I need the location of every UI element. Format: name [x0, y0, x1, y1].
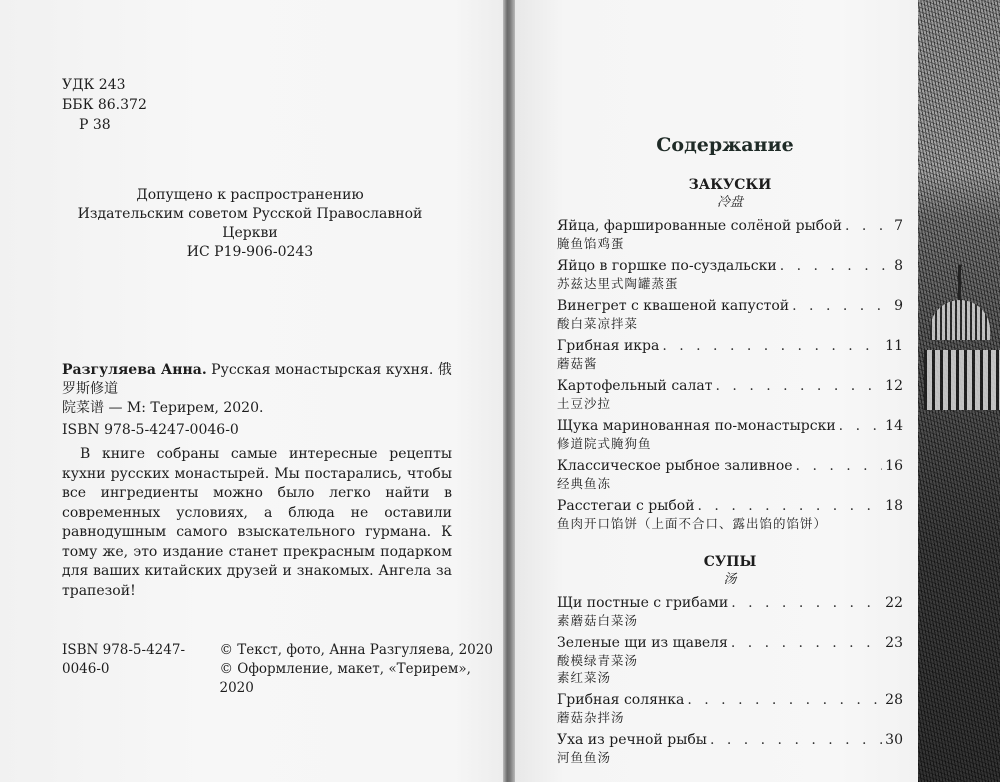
catalog-codes: УДК 243 ББК 86.372 Р 38	[62, 75, 147, 135]
copyright-text: © Текст, фото, Анна Разгуляева, 2020	[219, 641, 505, 660]
book-title-continued: 院菜谱 — М: Терирем, 2020.	[62, 399, 452, 418]
columns-shape	[924, 350, 1000, 410]
section-name-ru: ЗАКУСКИ	[557, 177, 903, 194]
toc-entry[interactable]: Щи постные с грибами22素蘑菇白菜汤	[557, 594, 903, 629]
toc-entry[interactable]: Грибная икра11蘑菇酱	[557, 337, 903, 372]
left-page: УДК 243 ББК 86.372 Р 38 Допущено к распр…	[0, 0, 505, 782]
recipe-title: Расстегаи с рыбой	[557, 497, 695, 515]
imprint-isbn: ISBN 978-5-4247-0046-0	[62, 641, 219, 698]
toc-section-heading: ЗАКУСКИ冷盘	[557, 177, 903, 211]
recipe-title-zh: 苏兹达里式陶罐蒸蛋	[557, 275, 903, 292]
table-of-contents: ЗАКУСКИ冷盘Яйца, фаршированные солёной рыб…	[557, 177, 903, 771]
recipe-title: Яйцо в горшке по-суздальски	[557, 257, 777, 275]
recipe-title: Щи постные с грибами	[557, 594, 728, 612]
page-number: 28	[885, 691, 903, 709]
page-number: 8	[894, 257, 903, 275]
dot-leader	[662, 337, 882, 355]
book-gutter	[503, 0, 515, 782]
toc-entry[interactable]: Яйцо в горшке по-суздальски8苏兹达里式陶罐蒸蛋	[557, 257, 903, 292]
recipe-title: Классическое рыбное заливное	[557, 457, 793, 475]
page-number: 9	[894, 297, 903, 315]
recipe-title-zh: 鱼肉开口馅饼（上面不合口、露出馅的馅饼）	[557, 515, 903, 532]
toc-entry[interactable]: Яйца, фаршированные солёной рыбой7腌鱼馅鸡蛋	[557, 217, 903, 252]
publication-permission: Допущено к распространению Издательским …	[60, 186, 440, 262]
toc-entry[interactable]: Грибная солянка28蘑菇杂拌汤	[557, 691, 903, 726]
recipe-title: Грибная солянка	[557, 691, 684, 709]
section-name-zh: 冷盘	[557, 194, 903, 211]
toc-entry[interactable]: Уха из речной рыбы30河鱼鱼汤	[557, 731, 903, 766]
recipe-title: Уха из речной рыбы	[557, 731, 707, 749]
recipe-title-zh: 素红菜汤	[557, 669, 903, 686]
toc-entry[interactable]: Классическое рыбное заливное16经典鱼冻	[557, 457, 903, 492]
page-number: 11	[885, 337, 903, 355]
section-gap	[557, 537, 903, 554]
recipe-title: Яйца, фаршированные солёной рыбой	[557, 217, 842, 235]
dot-leader	[780, 257, 891, 275]
recipe-title: Картофельный салат	[557, 377, 713, 395]
author-name: Разгуляева Анна.	[62, 362, 207, 378]
annotation: В книге собраны самые интересные рецепты…	[62, 445, 452, 601]
recipe-title-zh: 酸白菜凉拌菜	[557, 315, 903, 332]
imprint: ISBN 978-5-4247-0046-0 © Текст, фото, Ан…	[62, 641, 505, 698]
recipe-title: Зеленые щи из щавеля	[557, 634, 728, 652]
permission-line: Допущено к распространению	[60, 186, 440, 205]
toc-entry[interactable]: Картофельный салат12土豆沙拉	[557, 377, 903, 412]
toc-section-heading: СУПЫ汤	[557, 554, 903, 588]
recipe-title: Грибная икра	[557, 337, 659, 355]
dot-leader	[796, 457, 883, 475]
toc-entry[interactable]: Зеленые щи из щавеля23酸模绿青菜汤素红菜汤	[557, 634, 903, 686]
udk-code: УДК 243	[62, 75, 147, 95]
cathedral-engraving-image	[918, 0, 1000, 782]
permission-line: Издательским советом Русской Православно…	[60, 205, 440, 243]
isbn: ISBN 978-5-4247-0046-0	[62, 421, 452, 440]
recipe-title-zh: 酸模绿青菜汤	[557, 652, 903, 669]
dot-leader	[698, 497, 883, 515]
dot-leader	[731, 634, 882, 652]
recipe-title-zh: 土豆沙拉	[557, 395, 903, 412]
toc-entry[interactable]: Винегрет с квашеной капустой9酸白菜凉拌菜	[557, 297, 903, 332]
spire-shape	[958, 265, 961, 301]
bbk-code: ББК 86.372	[62, 95, 147, 115]
page-number: 12	[885, 377, 903, 395]
page-number: 22	[885, 594, 903, 612]
page-number: 14	[885, 417, 903, 435]
page-number: 23	[885, 634, 903, 652]
dot-leader	[792, 297, 891, 315]
dot-leader	[716, 377, 883, 395]
recipe-title-zh: 经典鱼冻	[557, 475, 903, 492]
toc-title: Содержание	[530, 134, 920, 156]
toc-entry[interactable]: Расстегаи с рыбой18鱼肉开口馅饼（上面不合口、露出馅的馅饼）	[557, 497, 903, 532]
page-number: 18	[885, 497, 903, 515]
recipe-title-zh: 蘑菇杂拌汤	[557, 709, 903, 726]
section-name-ru: СУПЫ	[557, 554, 903, 571]
recipe-title-zh: 素蘑菇白菜汤	[557, 612, 903, 629]
recipe-title-zh: 蘑菇酱	[557, 355, 903, 372]
dot-leader	[710, 731, 882, 749]
recipe-title: Щука маринованная по-монастырски	[557, 417, 836, 435]
dome-shape	[930, 300, 990, 340]
recipe-title: Винегрет с квашеной капустой	[557, 297, 789, 315]
author-mark: Р 38	[62, 115, 147, 135]
bibliographic-record: Разгуляева Анна. Русская монастырская ку…	[62, 361, 452, 601]
dot-leader	[839, 417, 883, 435]
toc-entry[interactable]: Щука маринованная по-монастырски14修道院式腌狗…	[557, 417, 903, 452]
dot-leader	[731, 594, 882, 612]
book-spread: УДК 243 ББК 86.372 Р 38 Допущено к распр…	[0, 0, 1000, 782]
recipe-title-zh: 修道院式腌狗鱼	[557, 435, 903, 452]
recipe-title-zh: 腌鱼馅鸡蛋	[557, 235, 903, 252]
section-name-zh: 汤	[557, 571, 903, 588]
page-number: 16	[885, 457, 903, 475]
copyright-design: © Оформление, макет, «Терирем», 2020	[219, 660, 505, 698]
permission-line: ИС Р19-906-0243	[60, 243, 440, 262]
dot-leader	[845, 217, 891, 235]
recipe-title-zh: 河鱼鱼汤	[557, 749, 903, 766]
dot-leader	[687, 691, 882, 709]
page-number: 30	[885, 731, 903, 749]
page-number: 7	[894, 217, 903, 235]
